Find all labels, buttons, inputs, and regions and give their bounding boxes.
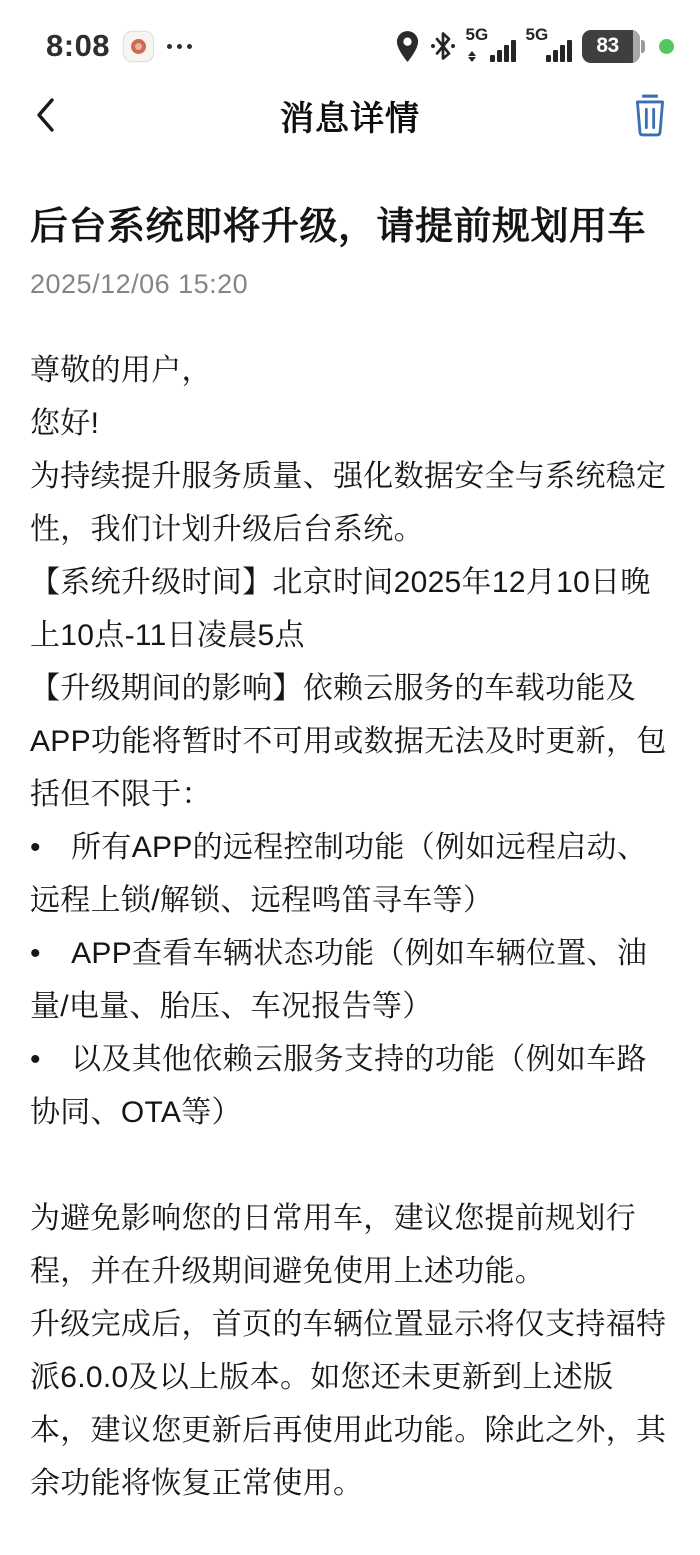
battery-indicator: 83 <box>582 30 646 63</box>
message-paragraph: 【升级期间的影响】依赖云服务的车载功能及APP功能将暂时不可用或数据无法及时更新… <box>30 662 668 821</box>
message-paragraph: 您好! <box>30 397 668 450</box>
status-bar-right: 5G 5G 83 <box>395 28 675 64</box>
message-paragraph: 为避免影响您的日常用车，建议您提前规划行程，并在升级期间避免使用上述功能。 <box>30 1192 668 1298</box>
bullet-item: • APP查看车辆状态功能（例如车辆位置、油量/电量、胎压、车况报告等） <box>30 927 668 1033</box>
bullet-item: • 以及其他依赖云服务支持的功能（例如车路协同、OTA等） <box>30 1033 668 1139</box>
signal-bars-icon <box>490 40 516 62</box>
more-dots-icon <box>167 44 192 49</box>
status-time: 8:08 <box>46 28 110 64</box>
recording-ring-icon <box>123 31 154 62</box>
bluetooth-icon <box>430 29 456 63</box>
message-body: 尊敬的用户， 您好! 为持续提升服务质量、强化数据安全与系统稳定性，我们计划升级… <box>30 344 668 1510</box>
page-title: 消息详情 <box>280 91 420 140</box>
battery-percent: 83 <box>596 34 624 58</box>
message-timestamp: 2025/12/06 15:20 <box>30 269 670 300</box>
message-paragraph: 【系统升级时间】北京时间2025年12月10日晚上10点-11日凌晨5点 <box>30 556 668 662</box>
bullet-item: • 所有APP的远程控制功能（例如远程启动、远程上锁/解锁、远程鸣笛寻车等） <box>30 821 668 927</box>
cellular-signal-icon-2: 5G <box>526 28 572 64</box>
message-paragraph: 为持续提升服务质量、强化数据安全与系统稳定性，我们计划升级后台系统。 <box>30 450 668 556</box>
delete-message-button[interactable] <box>630 93 670 137</box>
signal-bars-icon <box>546 40 572 62</box>
nav-bar: 消息详情 <box>0 76 700 154</box>
message-content: 后台系统即将升级，请提前规划用车 2025/12/06 15:20 尊敬的用户，… <box>0 204 700 1510</box>
message-paragraph: 升级完成后，首页的车辆位置显示将仅支持福特派6.0.0及以上版本。如您还未更新到… <box>30 1298 668 1510</box>
data-activity-arrows-icon <box>468 51 476 62</box>
battery-cap <box>641 40 645 53</box>
location-pin-icon <box>395 30 420 63</box>
status-bar: 8:08 5G <box>0 0 700 76</box>
message-title: 后台系统即将升级，请提前规划用车 <box>30 204 670 252</box>
cellular-signal-icon-1: 5G <box>466 28 516 64</box>
battery-empty-segment <box>633 30 640 63</box>
privacy-indicator-dot <box>659 39 674 54</box>
paragraph-gap <box>30 1139 668 1192</box>
back-button[interactable] <box>32 95 60 135</box>
network-type-label: 5G <box>466 25 489 45</box>
message-detail-screen: 8:08 5G <box>0 0 700 1555</box>
trash-icon <box>630 125 670 140</box>
chevron-left-icon <box>32 123 60 138</box>
message-paragraph: 尊敬的用户， <box>30 344 668 397</box>
status-bar-left: 8:08 <box>46 28 192 64</box>
network-type-label: 5G <box>526 25 549 45</box>
